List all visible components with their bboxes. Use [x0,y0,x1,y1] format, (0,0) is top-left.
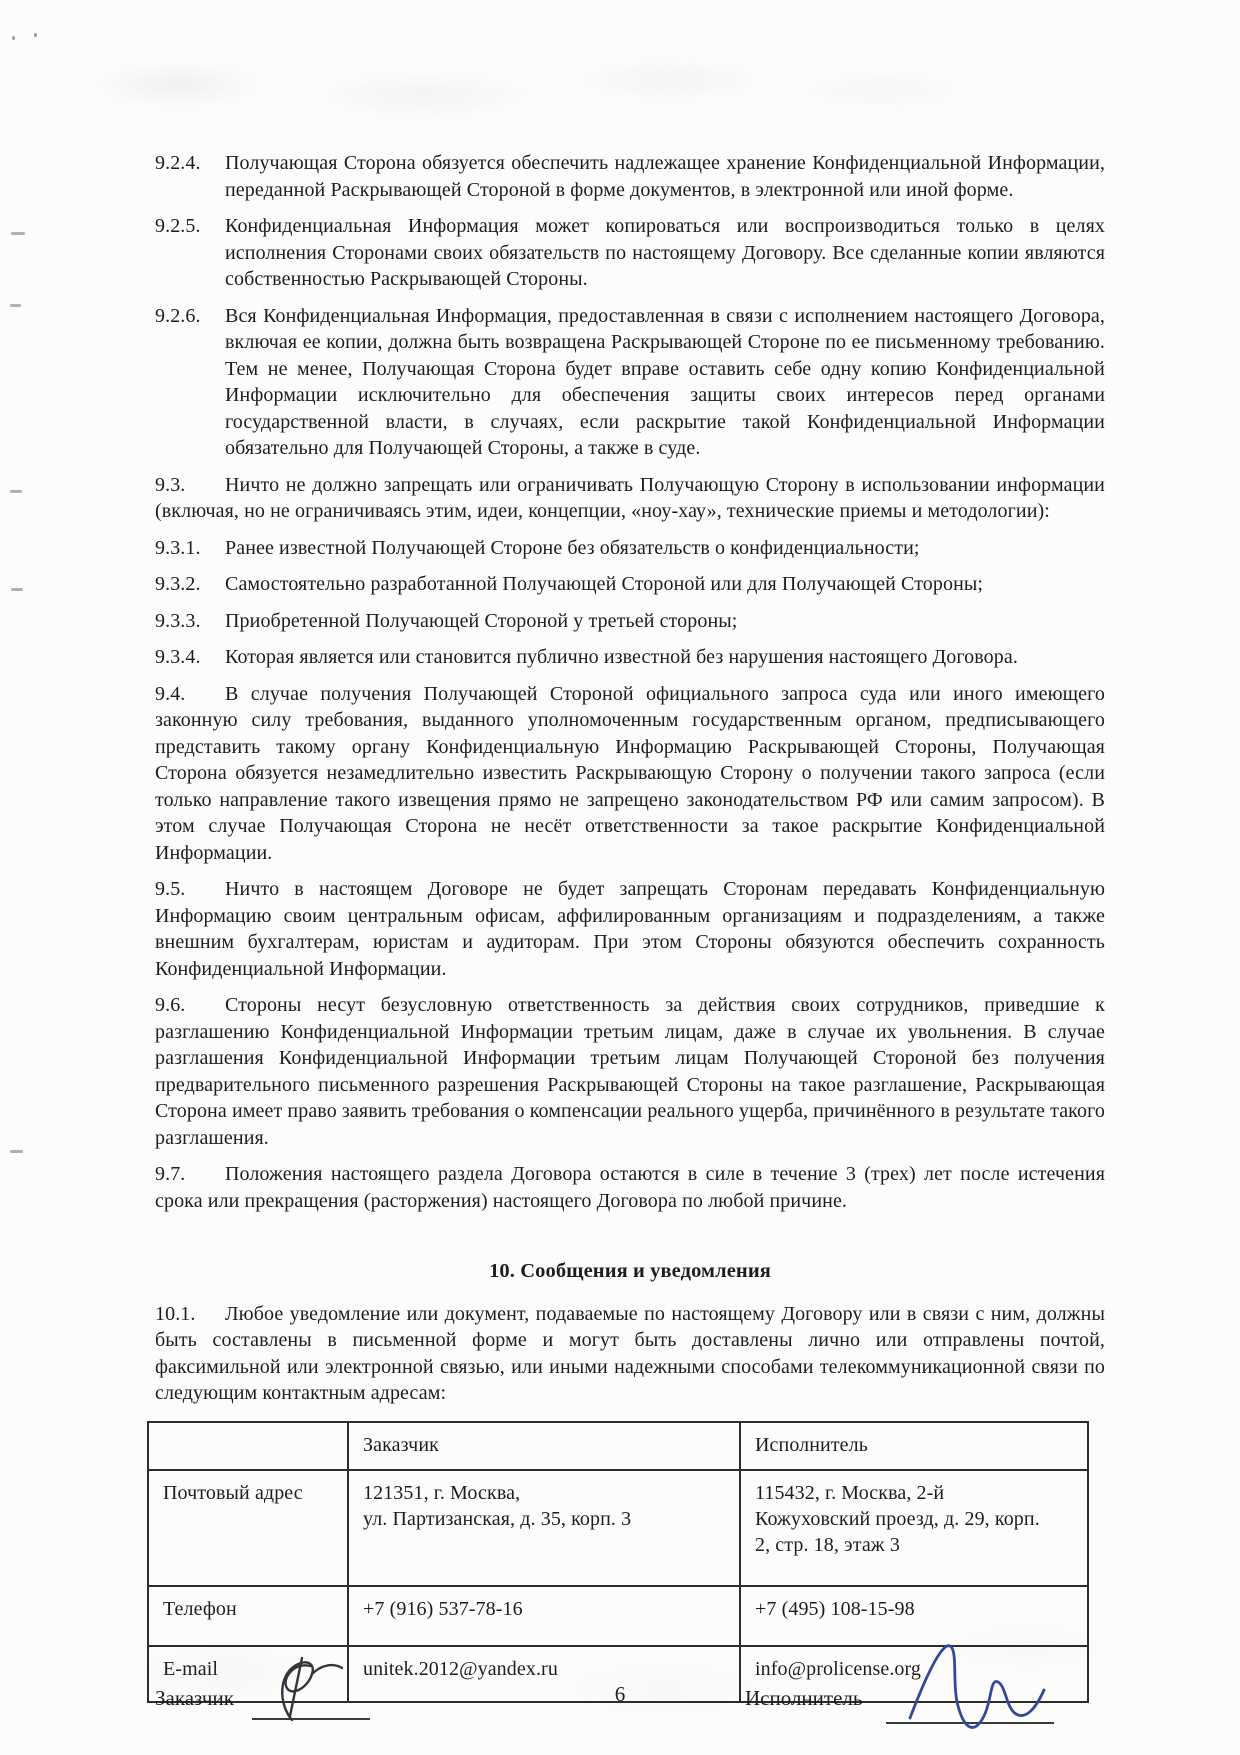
clause-number: 9.6. [155,992,225,1019]
clause-9-2-6: 9.2.6. Вся Конфиденциальная Информация, … [155,303,1105,462]
clause-text: Самостоятельно разработанной Получающей … [225,571,1105,598]
executor-postal-address: 115432, г. Москва, 2-й Кожуховский проез… [740,1470,1088,1586]
clause-9-5: 9.5.Ничто в настоящем Договоре не будет … [155,876,1105,982]
clause-number: 9.2.4. [155,150,225,203]
clause-9-3-3: 9.3.3. Приобретенной Получающей Стороной… [155,608,1105,635]
executor-signature [892,1632,1062,1755]
clause-9-3: 9.3.Ничто не должно запрещать или ограни… [155,472,1105,525]
page-footer: Заказчик 6 Исполнитель [0,1664,1240,1754]
scan-artifact-dash [11,232,25,235]
clause-number: 9.2.5. [155,213,225,293]
table-header-row: Заказчик Исполнитель [148,1422,1088,1470]
clause-text: Приобретенной Получающей Стороной у трет… [225,608,1105,635]
clause-number: 9.2.6. [155,303,225,462]
scan-artifact-dot [12,36,15,40]
scan-bleedthrough-smudge [90,40,970,140]
clause-number: 9.4. [155,681,225,708]
scan-artifact-dot [34,33,37,37]
clause-9-4: 9.4.В случае получения Получающей Сторон… [155,681,1105,867]
clause-text: Вся Конфиденциальная Информация, предост… [225,303,1105,462]
clause-text: В случае получения Получающей Стороной о… [155,683,1105,864]
scan-artifact-dash [10,490,22,493]
executor-signature-label: Исполнитель [745,1686,862,1711]
section-10-heading: 10. Сообщения и уведомления [155,1258,1105,1285]
clause-text: Которая является или становится публично… [225,644,1105,671]
scan-artifact-dash [10,304,21,307]
clause-10-1: 10.1.Любое уведомление или документ, под… [155,1301,1105,1407]
clause-9-3-1: 9.3.1. Ранее известной Получающей Сторон… [155,535,1105,562]
scan-artifact-dash [10,1150,23,1153]
clause-number: 9.7. [155,1161,225,1188]
clause-number: 9.3.3. [155,608,225,635]
header-empty-cell [148,1422,348,1470]
contract-body: 9.2.4. Получающая Сторона обязуется обес… [155,150,1105,1703]
clause-text: Конфиденциальная Информация может копиро… [225,213,1105,293]
table-row-postal-address: Почтовый адрес 121351, г. Москва, ул. Па… [148,1470,1088,1586]
clause-number: 9.3.4. [155,644,225,671]
document-page: { "page": { "number": "6" }, "clauses": … [0,0,1240,1755]
customer-phone: +7 (916) 537-78-16 [348,1586,740,1646]
clause-9-6: 9.6.Стороны несут безусловную ответствен… [155,992,1105,1151]
clause-9-3-4: 9.3.4. Которая является или становится п… [155,644,1105,671]
clause-text: Любое уведомление или документ, подаваем… [155,1303,1105,1405]
row-label: Почтовый адрес [148,1470,348,1586]
customer-postal-address: 121351, г. Москва, ул. Партизанская, д. … [348,1470,740,1586]
clause-text: Ничто в настоящем Договоре не будет запр… [155,878,1105,980]
clause-text: Положения настоящего раздела Договора ос… [155,1163,1105,1212]
clause-text: Стороны несут безусловную ответственност… [155,994,1105,1149]
clause-text: Получающая Сторона обязуется обеспечить … [225,150,1105,203]
clause-text: Ничто не должно запрещать или ограничива… [155,474,1105,523]
scan-artifact-dash [11,588,23,591]
header-customer-cell: Заказчик [348,1422,740,1470]
clause-number: 9.3. [155,472,225,499]
clause-9-2-5: 9.2.5. Конфиденциальная Информация может… [155,213,1105,293]
clause-text: Ранее известной Получающей Стороне без о… [225,535,1105,562]
clause-number: 10.1. [155,1301,225,1328]
clause-number: 9.3.2. [155,571,225,598]
clause-9-7: 9.7.Положения настоящего раздела Договор… [155,1161,1105,1214]
clause-number: 9.3.1. [155,535,225,562]
clause-9-3-2: 9.3.2. Самостоятельно разработанной Полу… [155,571,1105,598]
clause-9-2-4: 9.2.4. Получающая Сторона обязуется обес… [155,150,1105,203]
header-executor-cell: Исполнитель [740,1422,1088,1470]
row-label: Телефон [148,1586,348,1646]
clause-number: 9.5. [155,876,225,903]
